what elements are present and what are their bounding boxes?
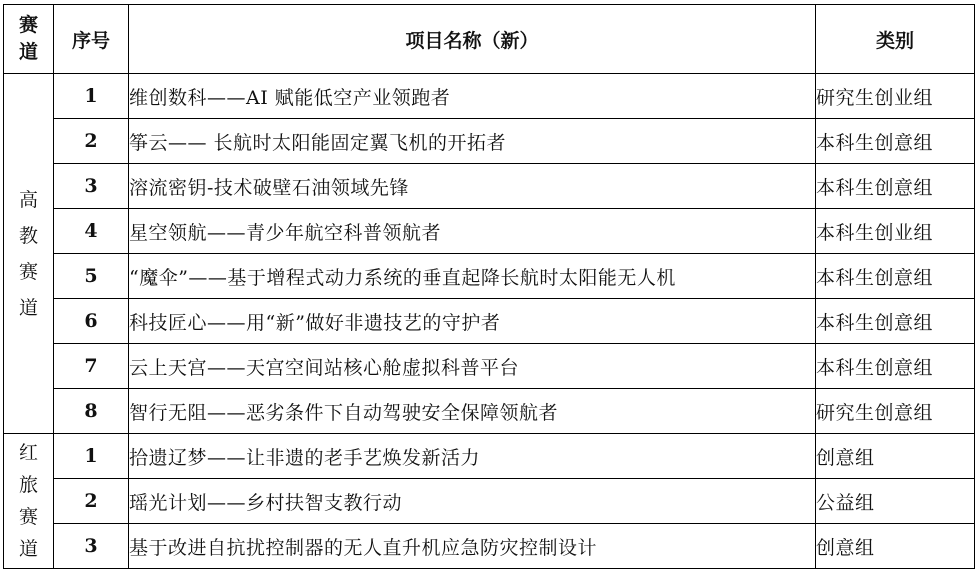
table-row: 4 星空领航——青少年航空科普领航者 本科生创业组: [4, 209, 975, 254]
row-category: 本科生创意组: [816, 164, 975, 209]
row-category: 本科生创意组: [816, 299, 975, 344]
table-row: 3 基于改进自抗扰控制器的无人直升机应急防灾控制设计 创意组: [4, 524, 975, 569]
row-project-name: 维创数科——AI 赋能低空产业领跑者: [129, 74, 816, 119]
header-track: 赛道: [4, 5, 54, 74]
table-row: 红旅赛道 1 拾遗辽梦——让非遗的老手艺焕发新活力 创意组: [4, 434, 975, 479]
header-row: 赛道 序号 项目名称（新） 类别: [4, 5, 975, 74]
project-table: 赛道 序号 项目名称（新） 类别 高教赛道 1 维创数科——AI 赋能低空产业领…: [3, 4, 975, 569]
row-project-name: 瑶光计划——乡村扶智支教行动: [129, 479, 816, 524]
row-category: 创意组: [816, 524, 975, 569]
header-index: 序号: [54, 5, 129, 74]
row-index: 1: [54, 434, 129, 479]
table-row: 6 科技匠心——用“新”做好非遗技艺的守护者 本科生创意组: [4, 299, 975, 344]
row-project-name: 筝云—— 长航时太阳能固定翼飞机的开拓者: [129, 119, 816, 164]
row-category: 创意组: [816, 434, 975, 479]
row-category: 本科生创意组: [816, 119, 975, 164]
row-project-name: 星空领航——青少年航空科普领航者: [129, 209, 816, 254]
track-cell-red-tour: 红旅赛道: [4, 434, 54, 569]
row-index: 4: [54, 209, 129, 254]
row-project-name: 基于改进自抗扰控制器的无人直升机应急防灾控制设计: [129, 524, 816, 569]
row-index: 6: [54, 299, 129, 344]
row-index: 3: [54, 164, 129, 209]
row-project-name: 云上天宫——天宫空间站核心舱虚拟科普平台: [129, 344, 816, 389]
header-name: 项目名称（新）: [129, 5, 816, 74]
row-project-name: 科技匠心——用“新”做好非遗技艺的守护者: [129, 299, 816, 344]
row-index: 7: [54, 344, 129, 389]
row-project-name: “魔伞”——基于增程式动力系统的垂直起降长航时太阳能无人机: [129, 254, 816, 299]
header-category: 类别: [816, 5, 975, 74]
row-project-name: 拾遗辽梦——让非遗的老手艺焕发新活力: [129, 434, 816, 479]
table-row: 5 “魔伞”——基于增程式动力系统的垂直起降长航时太阳能无人机 本科生创意组: [4, 254, 975, 299]
row-category: 本科生创意组: [816, 344, 975, 389]
table-row: 7 云上天宫——天宫空间站核心舱虚拟科普平台 本科生创意组: [4, 344, 975, 389]
row-index: 2: [54, 479, 129, 524]
row-project-name: 智行无阻——恶劣条件下自动驾驶安全保障领航者: [129, 389, 816, 434]
table-row: 2 瑶光计划——乡村扶智支教行动 公益组: [4, 479, 975, 524]
row-category: 研究生创意组: [816, 389, 975, 434]
table-row: 8 智行无阻——恶劣条件下自动驾驶安全保障领航者 研究生创意组: [4, 389, 975, 434]
row-index: 5: [54, 254, 129, 299]
row-index: 3: [54, 524, 129, 569]
table-row: 2 筝云—— 长航时太阳能固定翼飞机的开拓者 本科生创意组: [4, 119, 975, 164]
row-category: 本科生创意组: [816, 254, 975, 299]
track-cell-higher-ed: 高教赛道: [4, 74, 54, 434]
row-project-name: 溶流密钥-技术破壁石油领域先锋: [129, 164, 816, 209]
row-index: 1: [54, 74, 129, 119]
row-category: 研究生创业组: [816, 74, 975, 119]
row-category: 公益组: [816, 479, 975, 524]
row-category: 本科生创业组: [816, 209, 975, 254]
table-row: 高教赛道 1 维创数科——AI 赋能低空产业领跑者 研究生创业组: [4, 74, 975, 119]
row-index: 8: [54, 389, 129, 434]
row-index: 2: [54, 119, 129, 164]
table-row: 3 溶流密钥-技术破壁石油领域先锋 本科生创意组: [4, 164, 975, 209]
